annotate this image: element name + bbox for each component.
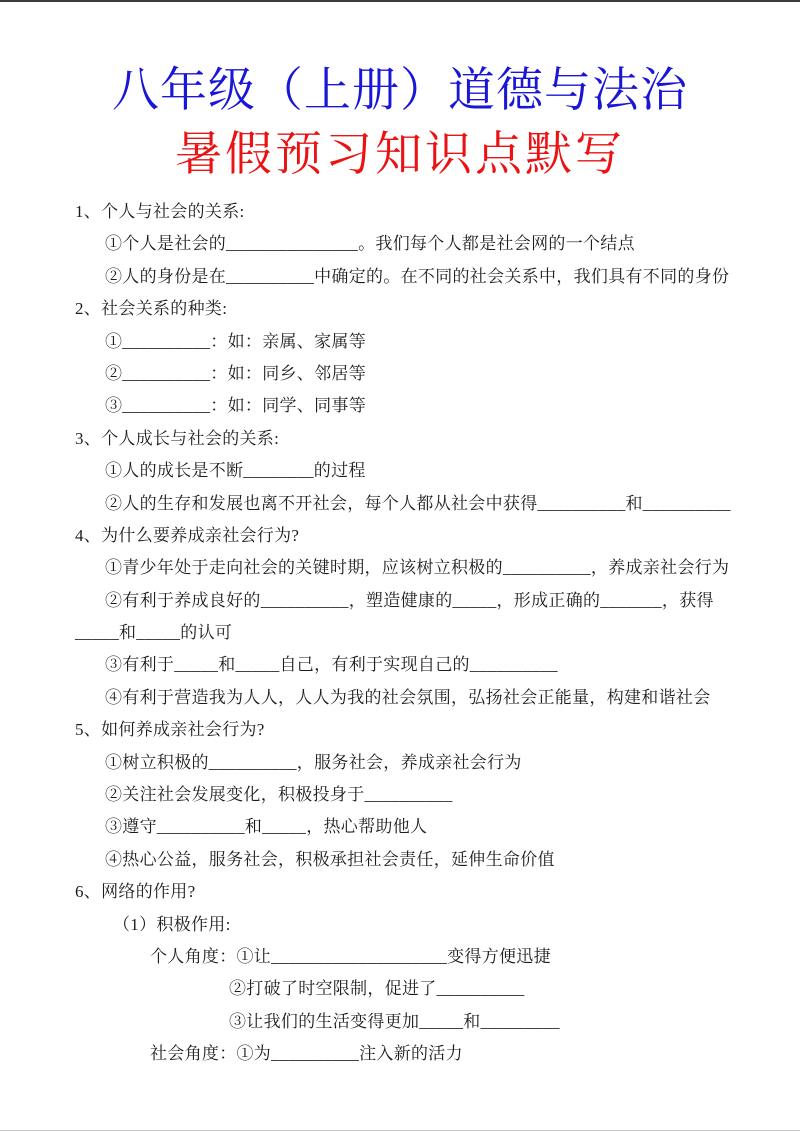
document-title-sub: 暑假预习知识点默写 xyxy=(0,124,800,186)
fill-blank-continuation-line: _____和_____的认可 xyxy=(60,617,740,649)
section-1-heading: 1、个人与社会的关系: xyxy=(60,196,740,228)
fill-blank-line: ③让我们的生活变得更加_____和_________ xyxy=(60,1006,740,1038)
fill-blank-line: ③__________：如：同学、同事等 xyxy=(60,390,740,422)
fill-blank-line: ①个人是社会的_______________。我们每个人都是社会网的一个结点 xyxy=(60,228,740,260)
fill-blank-line: ③有利于_____和_____自己，有利于实现自己的__________ xyxy=(60,649,740,681)
fill-blank-line: ②__________：如：同乡、邻居等 xyxy=(60,358,740,390)
document-title-block: 八年级（上册）道德与法治 暑假预习知识点默写 xyxy=(0,2,800,186)
fill-blank-line: ①__________：如：亲属、家属等 xyxy=(60,326,740,358)
fill-blank-text: ①让____________________变得方便迅捷 xyxy=(237,947,551,966)
fill-blank-line: ④有利于营造我为人人，人人为我的社会氛围，弘扬社会正能量，构建和谐社会 xyxy=(60,682,740,714)
worksheet-page: 八年级（上册）道德与法治 暑假预习知识点默写 1、个人与社会的关系: ①个人是社… xyxy=(0,0,800,1131)
section-4-heading: 4、为什么要养成亲社会行为? xyxy=(60,520,740,552)
fill-blank-line: ①树立积极的__________，服务社会，养成亲社会行为 xyxy=(60,747,740,779)
fill-blank-line: 社会角度：①为__________注入新的活力 xyxy=(60,1038,740,1070)
fill-blank-line: ②关注社会发展变化，积极投身于__________ xyxy=(60,779,740,811)
section-2-heading: 2、社会关系的种类: xyxy=(60,293,740,325)
fill-blank-line: ②人的身份是在__________中确定的。在不同的社会关系中，我们具有不同的身… xyxy=(60,261,740,293)
fill-blank-line: 个人角度：①让____________________变得方便迅捷 xyxy=(60,941,740,973)
personal-angle-label: 个人角度： xyxy=(150,941,237,973)
worksheet-content: 1、个人与社会的关系: ①个人是社会的_______________。我们每个人… xyxy=(0,186,800,1071)
fill-blank-line: ②打破了时空限制，促进了__________ xyxy=(60,973,740,1005)
social-angle-label: 社会角度： xyxy=(150,1038,237,1070)
fill-blank-line: ①青少年处于走向社会的关键时期，应该树立积极的__________，养成亲社会行… xyxy=(60,552,740,584)
section-3-heading: 3、个人成长与社会的关系: xyxy=(60,423,740,455)
fill-blank-line: ②有利于养成良好的__________，塑造健康的_____，形成正确的____… xyxy=(60,585,740,617)
fill-blank-line: ③遵守__________和_____，热心帮助他人 xyxy=(60,811,740,843)
section-6-heading: 6、网络的作用? xyxy=(60,876,740,908)
fill-blank-line: ②人的生存和发展也离不开社会，每个人都从社会中获得__________和____… xyxy=(60,488,740,520)
fill-blank-line: ①人的成长是不断________的过程 xyxy=(60,455,740,487)
fill-blank-text: ①为__________注入新的活力 xyxy=(237,1044,463,1063)
section-5-heading: 5、如何养成亲社会行为? xyxy=(60,714,740,746)
document-title-main: 八年级（上册）道德与法治 xyxy=(0,58,800,124)
fill-blank-line: ④热心公益，服务社会，积极承担社会责任，延伸生命价值 xyxy=(60,844,740,876)
subsection-heading: （1）积极作用: xyxy=(60,909,740,941)
